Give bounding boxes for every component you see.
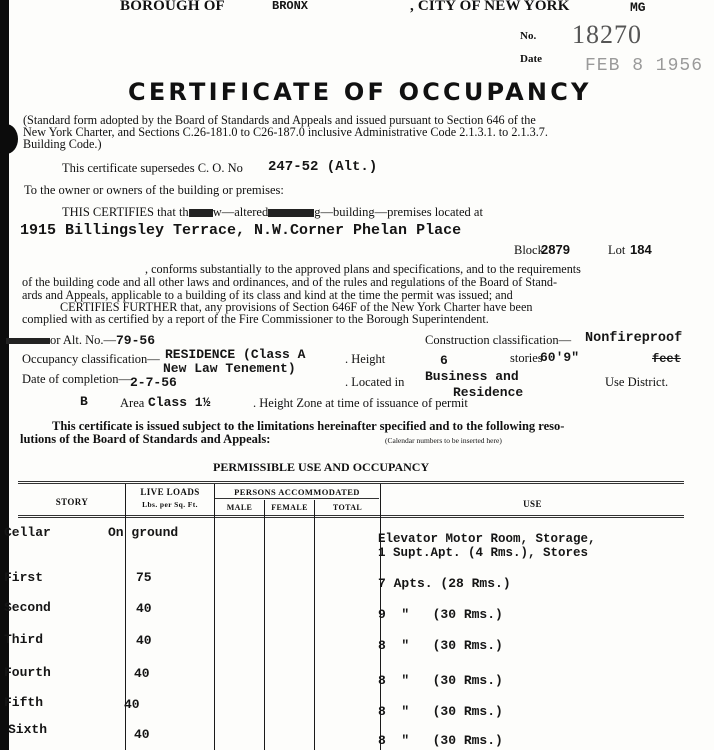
strikeout-mark: x <box>6 338 50 344</box>
premises-address: 1915 Billingsley Terrace, N.W.Corner Phe… <box>20 222 461 239</box>
row-story: Second <box>4 600 51 615</box>
borough-label: BOROUGH OF <box>120 0 225 15</box>
header-persons-accommodated: PERSONS ACCOMMODATED <box>215 487 379 497</box>
row-use: 8 " (30 Rms.) <box>378 673 503 688</box>
header-female: FEMALE <box>265 503 314 512</box>
occupancy-label: Occupancy classification— <box>22 352 160 367</box>
header-total: TOTAL <box>315 503 380 512</box>
city-label: , CITY OF NEW YORK <box>410 0 570 15</box>
area-value: Class 1½ <box>148 395 210 410</box>
block-value: 2879 <box>541 242 570 257</box>
preamble-line-3: Building Code.) <box>23 138 102 150</box>
column-divider <box>314 500 315 750</box>
block-label: Block <box>514 243 544 258</box>
area-label: Area <box>120 396 144 411</box>
row-story: Third <box>4 632 43 647</box>
document-title: CERTIFICATE OF OCCUPANCY <box>128 78 592 106</box>
lot-value: 184 <box>630 242 652 257</box>
located-label: . Located in <box>345 375 404 390</box>
city-suffix: MG <box>630 0 646 15</box>
certifies-prefix: THIS CERTIFIES that th <box>62 205 189 219</box>
to-owner-text: To the owner or owners of the building o… <box>24 183 284 198</box>
row-load: 40 <box>134 727 150 742</box>
persons-subheader-rule <box>215 498 379 499</box>
feet-value: feet <box>652 352 681 366</box>
row-use: 8 " (30 Rms.) <box>378 704 503 719</box>
number-label: No. <box>520 30 536 42</box>
header-story: STORY <box>20 497 124 507</box>
row-story: Fourth <box>4 665 51 680</box>
date-stamp: FEB 8 1956 <box>585 56 703 76</box>
header-live-loads: LIVE LOADS <box>126 487 214 497</box>
row-load: 75 <box>136 570 152 585</box>
limitations-line-2: lutions of the Board of Standards and Ap… <box>20 432 270 447</box>
row-load: 40 <box>134 666 150 681</box>
certificate-number: 18270 <box>572 20 642 50</box>
height-zone-label: . Height Zone at time of issuance of per… <box>253 396 468 411</box>
strikeout-mark: x <box>189 209 213 217</box>
stories-value: 60'9" <box>540 350 579 365</box>
row-use: 8 " (30 Rms.) <box>378 638 503 653</box>
alt-label: or Alt. No.— <box>50 333 116 347</box>
row-story: Cellar <box>4 525 51 540</box>
row-story: Fifth <box>4 695 43 710</box>
header-male: MALE <box>215 503 264 512</box>
occupancy-value-2: New Law Tenement) <box>163 361 296 376</box>
conforms-line-5: complied with as certified by a report o… <box>22 313 489 325</box>
construction-label: Construction classification— <box>425 333 571 348</box>
table-title: PERMISSIBLE USE AND OCCUPANCY <box>213 460 429 475</box>
conforms-line-2: of the building code and all other laws … <box>22 276 557 288</box>
completion-value: 2-7-56 <box>130 375 177 390</box>
borough-value: BRONX <box>272 0 308 13</box>
alt-number-row: xor Alt. No.—79-56 <box>6 333 155 348</box>
completion-label: Date of completion— <box>22 372 131 387</box>
stories-label: stories <box>510 351 543 366</box>
row-story: Sixth <box>8 722 47 737</box>
row-use: Elevator Motor Room, Storage, <box>378 532 596 546</box>
row-load: 40 <box>136 601 152 616</box>
certifies-middle-1: w—altered <box>213 205 269 219</box>
table-top-rule <box>18 481 684 484</box>
header-use: USE <box>381 499 684 509</box>
strikeout-mark: x <box>268 209 314 217</box>
height-label: . Height <box>345 352 385 367</box>
preamble-line-2: New York Charter, and Sections C.26-181.… <box>23 126 548 138</box>
row-use-continued: 1 Supt.Apt. (4 Rms.), Stores <box>378 546 588 560</box>
occupancy-value-1: RESIDENCE (Class A <box>165 347 305 362</box>
row-use: 8 " (30 Rms.) <box>378 733 503 748</box>
supersedes-value: 247-52 (Alt.) <box>268 159 377 175</box>
lot-label: Lot <box>608 243 625 258</box>
conforms-line-1: , conforms substantially to the approved… <box>145 263 581 275</box>
column-divider <box>214 484 215 750</box>
use-district-label: Use District. <box>605 375 668 390</box>
date-label: Date <box>520 53 542 65</box>
row-load: On ground <box>108 525 178 540</box>
column-divider <box>264 500 265 750</box>
located-value-1: Business and <box>425 369 519 384</box>
row-use: 9 " (30 Rms.) <box>378 607 503 622</box>
table-header-rule <box>18 515 684 518</box>
calendar-note: (Calendar numbers to be inserted here) <box>385 436 502 445</box>
certifies-text: THIS CERTIFIES that thxw—alteredxg—build… <box>62 205 483 220</box>
construction-value: Nonfireproof <box>585 331 682 346</box>
row-load: 40 <box>136 633 152 648</box>
certifies-middle-2: g—building—premises located at <box>314 205 483 219</box>
punch-hole <box>0 124 18 154</box>
header-live-loads-unit: Lbs. per Sq. Ft. <box>126 500 214 509</box>
row-story: First <box>4 570 43 585</box>
row-load: 40 <box>124 697 140 712</box>
supersedes-label: This certificate supersedes C. O. No <box>62 161 243 176</box>
height-value: 6 <box>440 353 448 368</box>
alt-value: 79-56 <box>116 333 155 348</box>
area-prefix: B <box>80 394 88 409</box>
row-use: 7 Apts. (28 Rms.) <box>378 576 511 591</box>
